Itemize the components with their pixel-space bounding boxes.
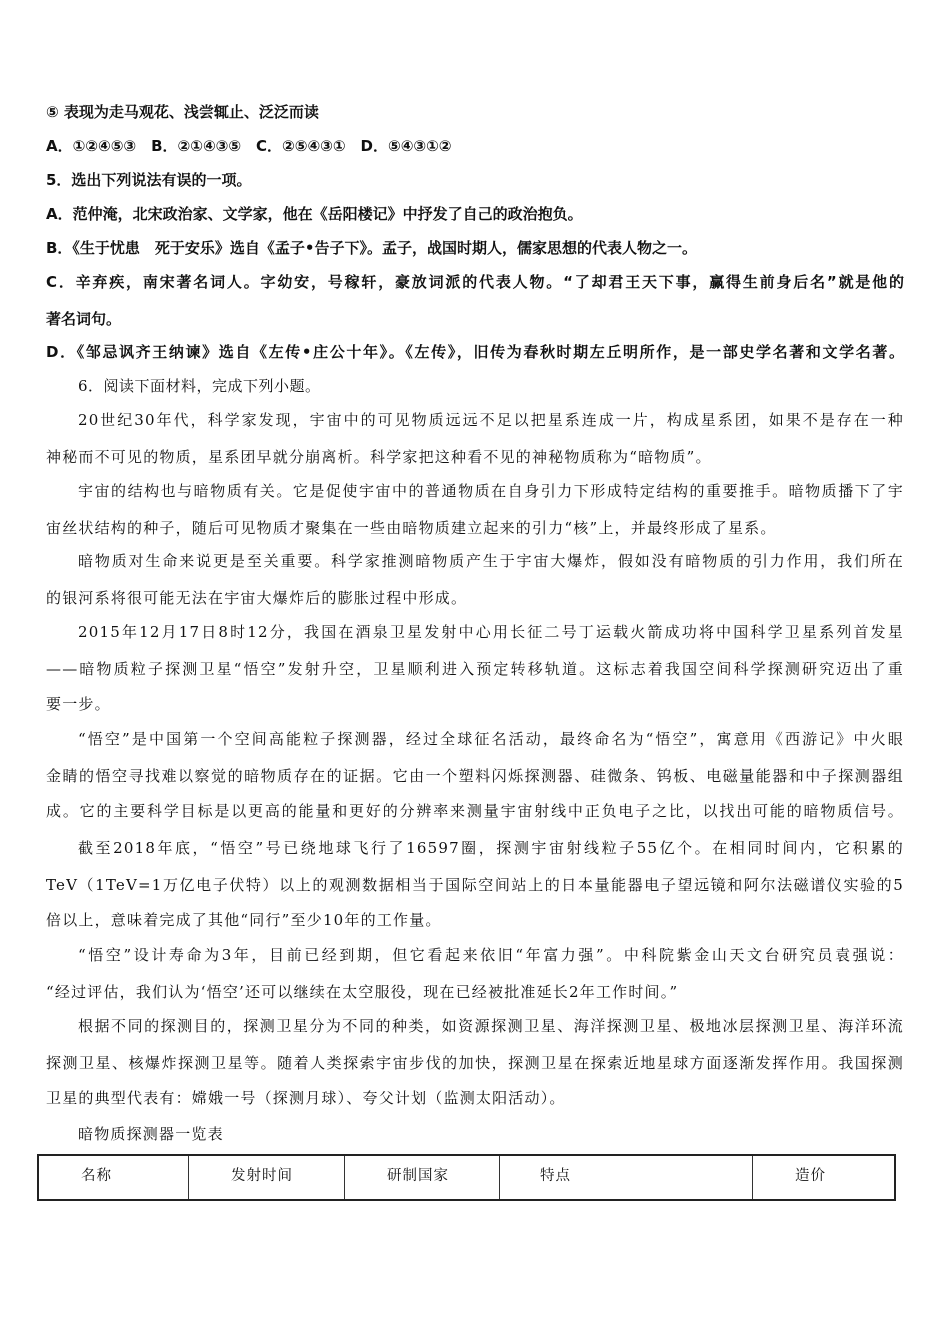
passage-p5-line1: “悟空”是中国第一个空间高能粒子探测器，经过全球征名活动，最终命名为“悟空”，寓… bbox=[78, 729, 904, 749]
passage-p4-line2: ——暗物质粒子探测卫星“悟空”发射升空，卫星顺利进入预定转移轨道。这标志着我国空… bbox=[46, 659, 904, 679]
passage-p7-line2: “经过评估，我们认为‘悟空’还可以继续在太空服役，现在已经被批准延长2年工作时间… bbox=[46, 982, 678, 1002]
question5-stem: 5．选出下列说法有误的一项。 bbox=[46, 170, 251, 190]
passage-p5-line2: 金睛的悟空寻找难以察觉的暗物质存在的证据。它由一个塑料闪烁探测器、硅微条、钨板、… bbox=[46, 766, 904, 786]
table-header-features: 特点 bbox=[500, 1156, 753, 1199]
table-header-name: 名称 bbox=[39, 1156, 189, 1199]
question5-option-b: B．《生于忧患 死于安乐》选自《孟子•告子下》。孟子，战国时期人，儒家思想的代表… bbox=[46, 238, 697, 258]
question4-item5: ⑤ 表现为走马观花、浅尝辄止、泛泛而读 bbox=[46, 102, 319, 122]
question5-option-a: A．范仲淹，北宋政治家、文学家，他在《岳阳楼记》中抒发了自己的政治抱负。 bbox=[46, 204, 583, 224]
passage-p3-line1: 暗物质对生命来说更是至关重要。科学家推测暗物质产生于宇宙大爆炸，假如没有暗物质的… bbox=[78, 551, 904, 571]
passage-p5-line3: 成。它的主要科学目标是以更高的能量和更好的分辨率来测量宇宙射线中正负电子之比，以… bbox=[46, 801, 904, 821]
passage-p4-line1: 2015年12月17日8时12分，我国在酒泉卫星发射中心用长征二号丁运载火箭成功… bbox=[78, 622, 904, 642]
passage-p2-line2: 宙丝状结构的种子，随后可见物质才聚集在一些由暗物质建立起来的引力“核”上，并最终… bbox=[46, 518, 777, 538]
table-header-cost: 造价 bbox=[753, 1156, 894, 1199]
passage-p4-line3: 要一步。 bbox=[46, 694, 111, 714]
passage-p2-line1: 宇宙的结构也与暗物质有关。它是促使宇宙中的普通物质在自身引力下形成特定结构的重要… bbox=[78, 481, 904, 501]
table-caption: 暗物质探测器一览表 bbox=[78, 1124, 224, 1144]
table-header-country: 研制国家 bbox=[345, 1156, 500, 1199]
passage-p1-line2: 神秘而不可见的物质，星系团早就分崩离析。科学家把这种看不见的神秘物质称为“暗物质… bbox=[46, 447, 712, 467]
question5-option-c-line2: 著名词句。 bbox=[46, 309, 121, 329]
passage-p6-line3: 倍以上，意味着完成了其他“同行”至少10年的工作量。 bbox=[46, 910, 442, 930]
passage-p1-line1: 20世纪30年代，科学家发现，宇宙中的可见物质远远不足以把星系连成一片，构成星系… bbox=[78, 410, 904, 430]
question5-option-d: D．《邹忌讽齐王纳谏》选自《左传•庄公十年》。《左传》，旧传为春秋时期左丘明所作… bbox=[46, 342, 904, 362]
question6-stem: 6．阅读下面材料，完成下列小题。 bbox=[78, 376, 321, 396]
passage-p6-line1: 截至2018年底，“悟空”号已绕地球飞行了16597圈，探测宇宙射线粒子55亿个… bbox=[78, 838, 904, 858]
passage-p7-line1: “悟空”设计寿命为3年，目前已经到期，但它看起来依旧“年富力强”。中科院紫金山天… bbox=[78, 945, 904, 965]
passage-p6-line2: TeV（1TeV=1万亿电子伏特）以上的观测数据相当于国际空间站上的日本量能器电… bbox=[46, 875, 904, 895]
passage-p3-line2: 的银河系将很可能无法在宇宙大爆炸后的膨胀过程中形成。 bbox=[46, 588, 467, 608]
passage-p8-line3: 卫星的典型代表有：嫦娥一号（探测月球）、夸父计划（监测太阳活动）。 bbox=[46, 1088, 566, 1108]
passage-p8-line2: 探测卫星、核爆炸探测卫星等。随着人类探索宇宙步伐的加快，探测卫星在探索近地星球方… bbox=[46, 1053, 904, 1073]
detector-table: 名称 发射时间 研制国家 特点 造价 bbox=[37, 1154, 896, 1201]
question5-option-c-line1: C．辛弃疾，南宋著名词人。字幼安，号稼轩，豪放词派的代表人物。“了却君王天下事，… bbox=[46, 272, 904, 292]
passage-p8-line1: 根据不同的探测目的，探测卫星分为不同的种类，如资源探测卫星、海洋探测卫星、极地冰… bbox=[78, 1016, 904, 1036]
question4-options: A．①②④⑤③ B．②①④③⑤ C．②⑤④③① D．⑤④③①② bbox=[46, 136, 452, 156]
table-header-launch-time: 发射时间 bbox=[189, 1156, 345, 1199]
